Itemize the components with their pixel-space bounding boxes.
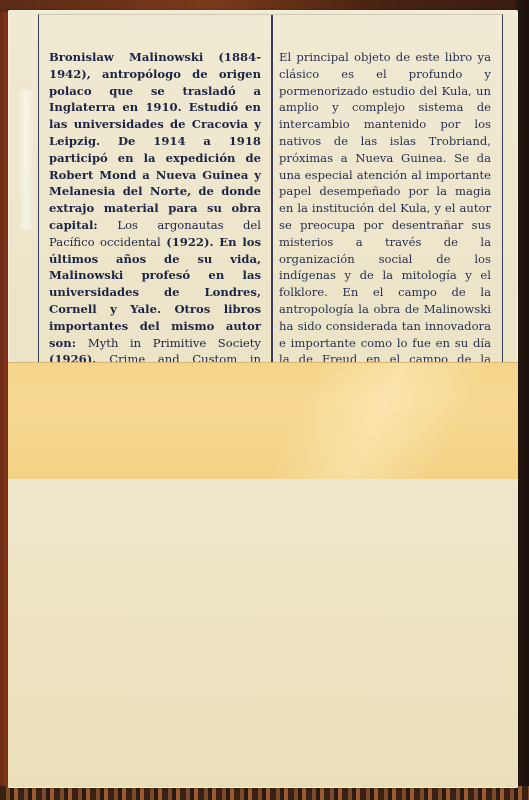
description-paragraph: El principal objeto de este libro ya clá… bbox=[279, 49, 491, 385]
column-divider bbox=[271, 15, 273, 371]
book-description: El principal objeto de este libro ya clá… bbox=[279, 49, 491, 385]
yellow-band bbox=[8, 362, 518, 480]
bio-text-bold: (1922). En los últimos años de su vida, … bbox=[49, 235, 261, 350]
blank-lower-cover bbox=[8, 479, 518, 785]
bio-text-bold: Bronislaw Malinowski (1884-1942), antrop… bbox=[49, 50, 261, 232]
plastic-glare bbox=[18, 90, 34, 230]
table-surface-bottom bbox=[0, 786, 529, 800]
text-panel: Bronislaw Malinowski (1884-1942), antrop… bbox=[38, 14, 503, 371]
book-title-text: Myth in Primitive Society bbox=[88, 336, 261, 350]
